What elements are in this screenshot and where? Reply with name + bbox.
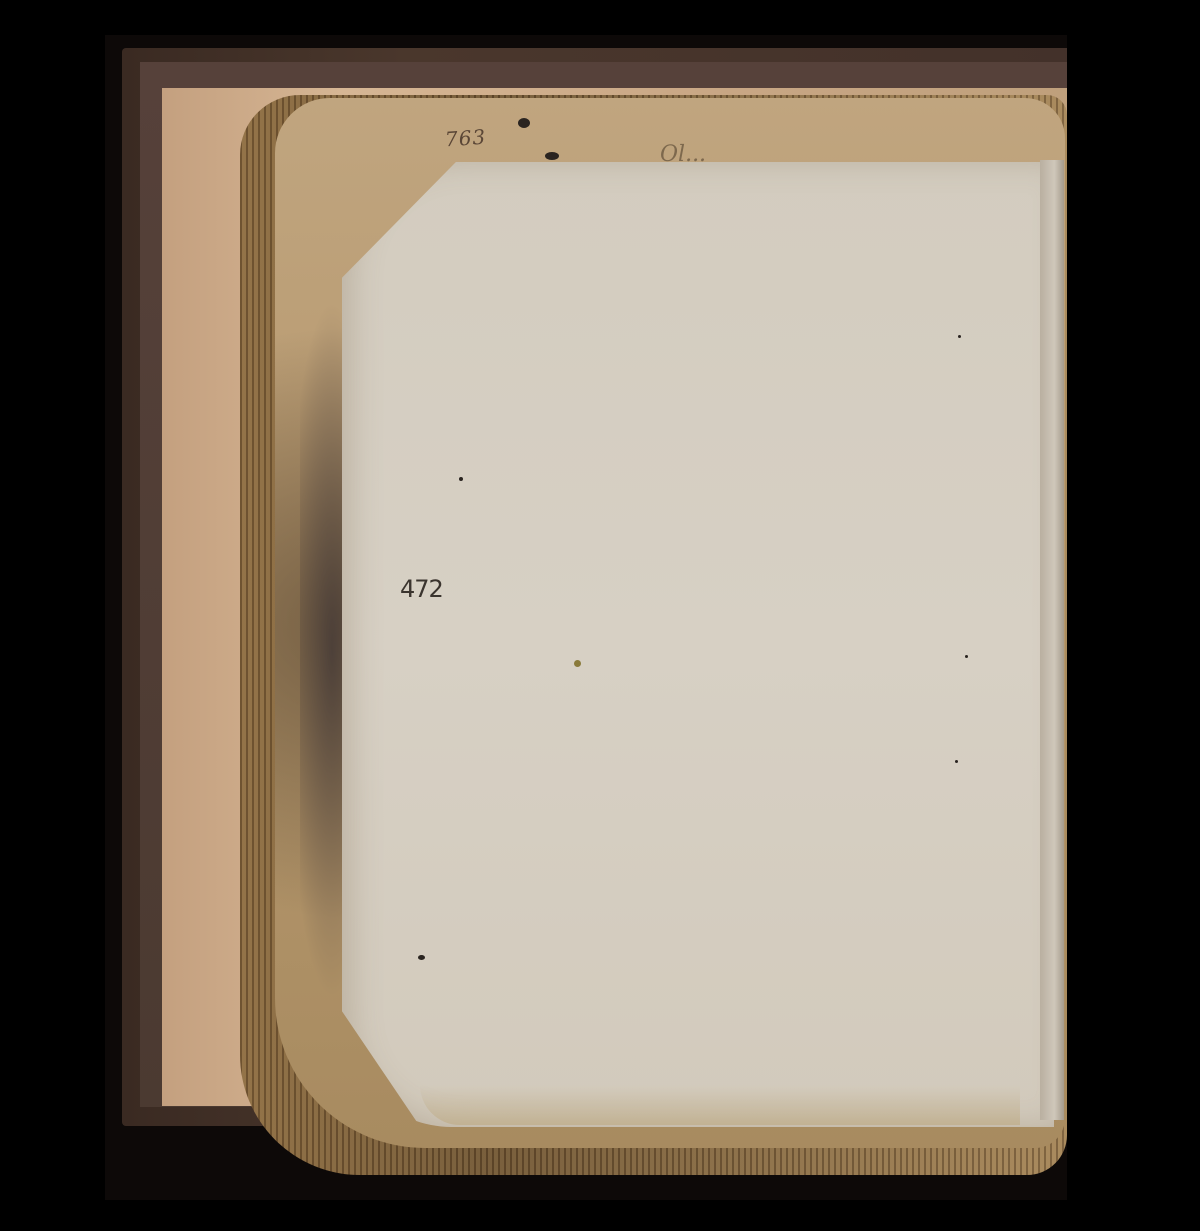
ink-spot <box>418 955 425 960</box>
ink-spot <box>545 152 559 160</box>
ink-spot <box>965 655 968 658</box>
ink-spot <box>958 335 961 338</box>
faded-handwriting: Ol... <box>660 142 706 167</box>
tipped-in-blank-leaf <box>342 162 1054 1127</box>
ink-spot <box>955 760 958 763</box>
ink-spot <box>518 118 530 128</box>
leaf-gutter-fold <box>1040 160 1064 1120</box>
pencil-folio-number: 472 <box>400 575 443 603</box>
shelfmark-annotation: 763 <box>444 125 487 152</box>
leaf-bottom-stain <box>420 1085 1020 1125</box>
ink-spot <box>459 477 463 481</box>
ink-spot <box>574 660 581 667</box>
